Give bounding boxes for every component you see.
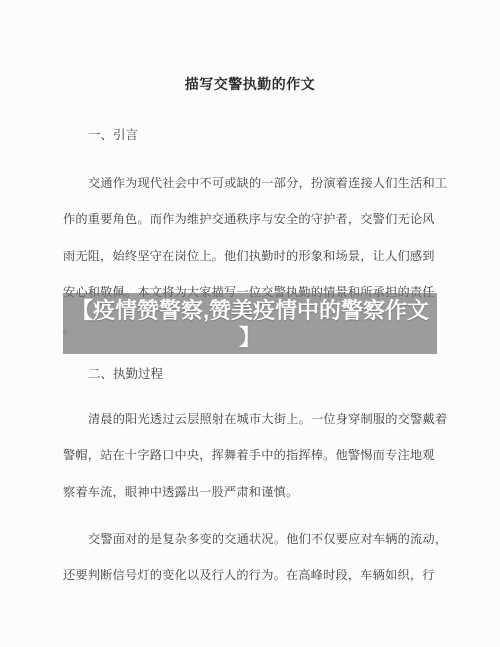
watermark-overlay-banner: 【疫情赞警察,赞美疫情中的警察作文 】	[63, 293, 437, 354]
watermark-text-line: 【疫情赞警察,赞美疫情中的警察作文	[71, 297, 429, 324]
section-heading-duty-process: 二、执勤过程	[88, 366, 163, 382]
text-line: 察着车流，眼神中透露出一股严肃和谨慎。	[63, 474, 443, 510]
paragraph-traffic-complexity: 交警面对的是复杂多变的交通状况。他们不仅要应对车辆的流动， 还要判断信号灯的变化…	[63, 521, 443, 594]
text-line: 交警面对的是复杂多变的交通状况。他们不仅要应对车辆的流动，	[63, 521, 443, 557]
text-line: 警帽，站在十字路口中央，挥舞着手中的指挥棒。他警惕而专注地观	[63, 437, 443, 473]
text-line: 交通作为现代社会中不可或缺的一部分，扮演着连接人们生活和工	[63, 165, 443, 201]
text-line: 清晨的阳光透过云层照射在城市大街上。一位身穿制服的交警戴着	[63, 401, 443, 437]
text-line: 雨无阻，始终坚守在岗位上。他们执勤时的形象和场景，让人们感到	[63, 238, 443, 274]
text-line: 作的重要角色。而作为维护交通秩序与安全的守护者，交警们无论风	[63, 201, 443, 237]
section-heading-introduction: 一、引言	[88, 127, 138, 143]
paragraph-duty-scene: 清晨的阳光透过云层照射在城市大街上。一位身穿制服的交警戴着 警帽，站在十字路口中…	[63, 401, 443, 510]
text-line: 还要判断信号灯的变化以及行人的行为。在高峰时段，车辆如织，行	[63, 557, 443, 593]
document-page: 描写交警执勤的作文 一、引言 交通作为现代社会中不可或缺的一部分，扮演着连接人们…	[0, 0, 500, 647]
document-title: 描写交警执勤的作文	[0, 78, 500, 94]
watermark-text-line: 】	[239, 324, 261, 351]
